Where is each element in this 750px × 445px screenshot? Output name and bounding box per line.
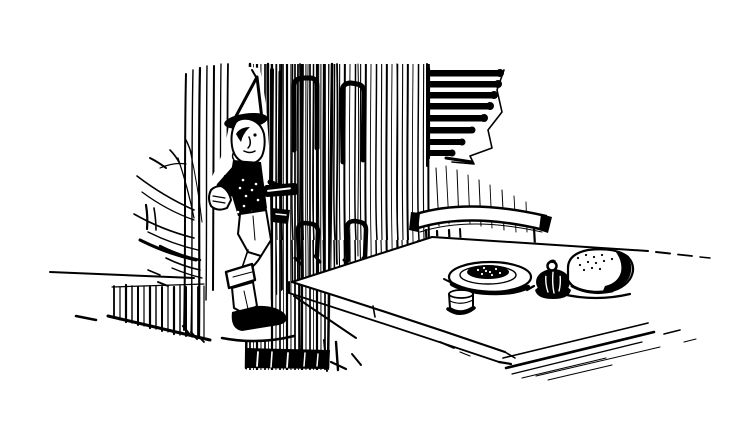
left-eye — [241, 131, 244, 134]
latch-plate — [272, 208, 290, 224]
illustration-frame: Black-and-white pen-and-ink storybook il… — [0, 0, 750, 445]
illustration — [0, 0, 750, 445]
cup — [448, 290, 474, 313]
right-eye — [253, 133, 256, 136]
food — [467, 265, 509, 279]
door-latch — [264, 183, 299, 197]
face — [232, 119, 265, 164]
